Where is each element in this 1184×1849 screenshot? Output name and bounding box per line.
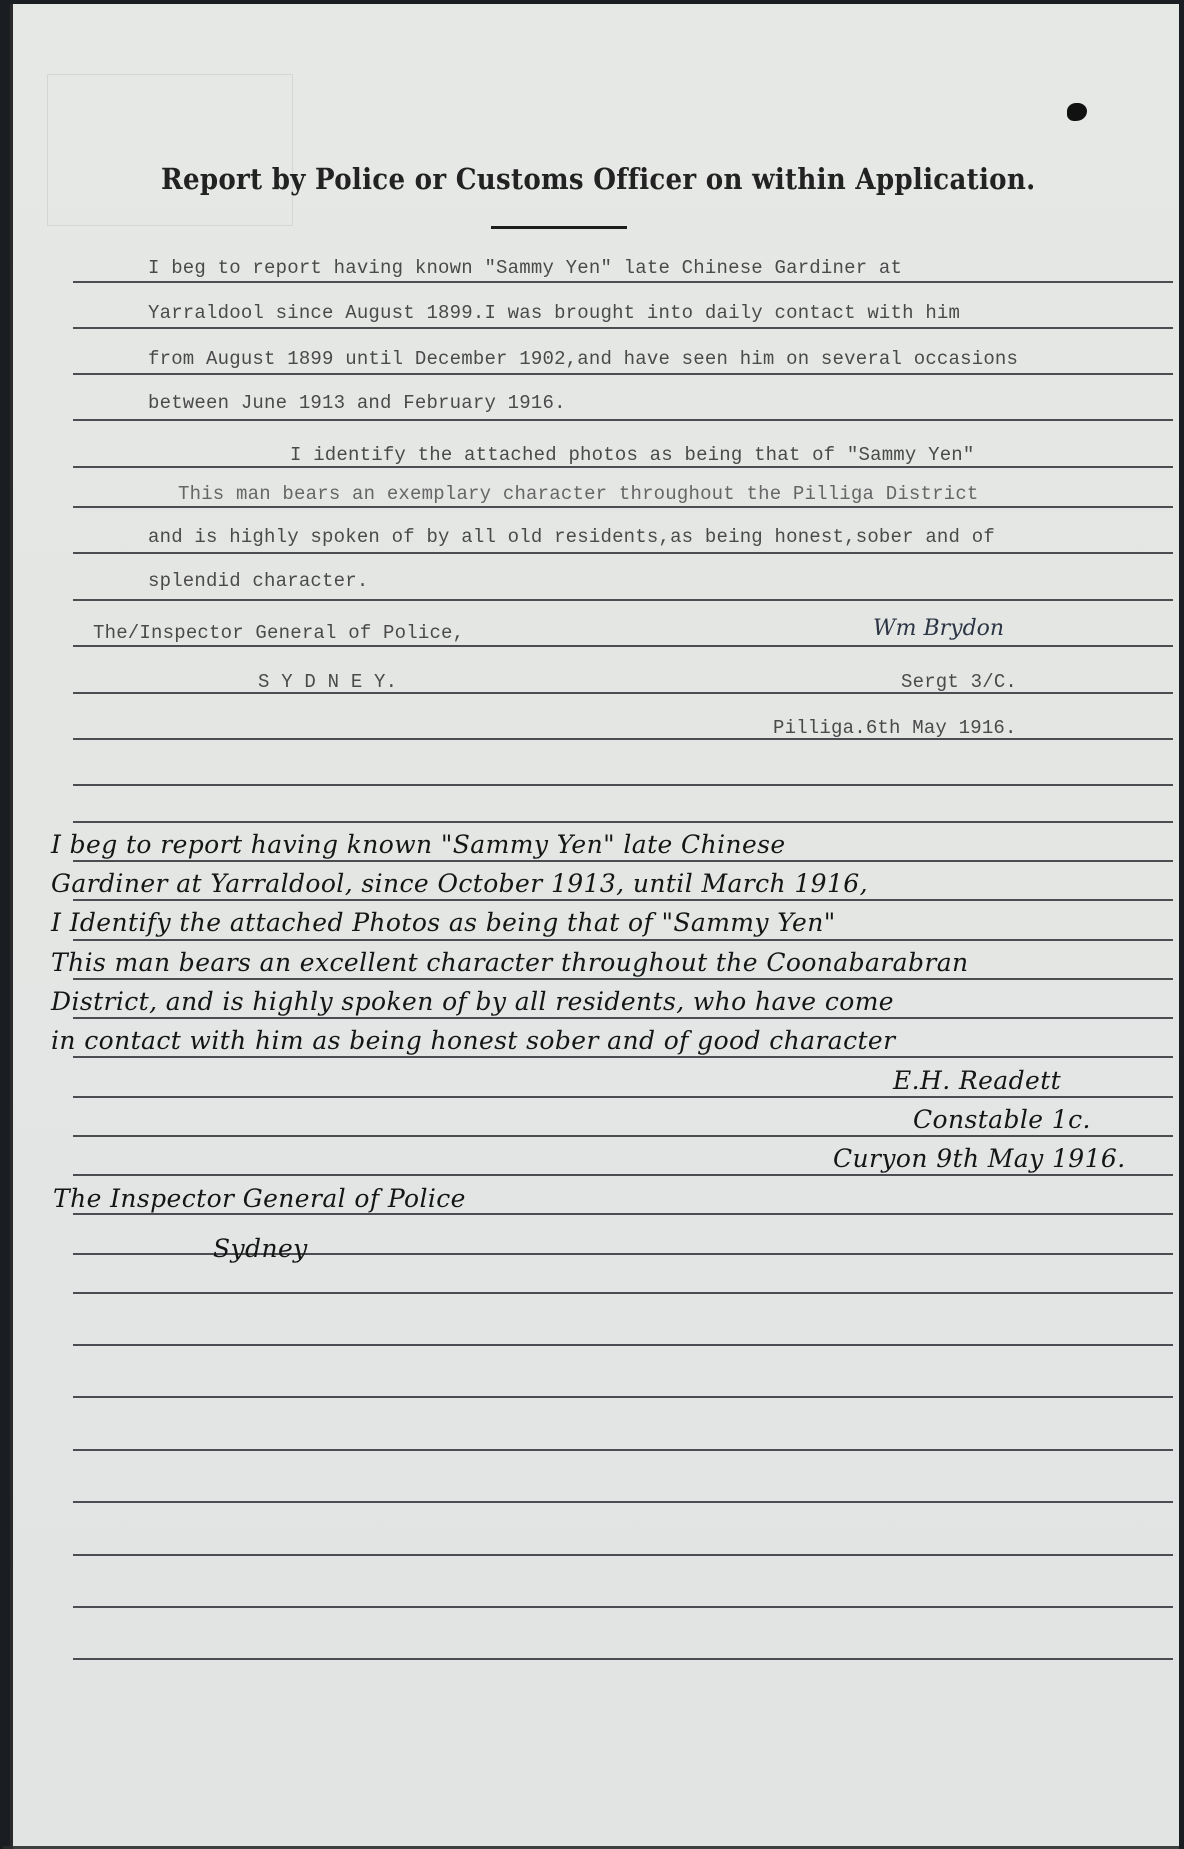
typed-place-date: Pilliga.6th May 1916. <box>773 717 1017 739</box>
handwritten-place-date: Curyon 9th May 1916. <box>833 1144 1126 1173</box>
rule <box>73 1658 1173 1660</box>
rule <box>73 860 1173 862</box>
typed-line: from August 1899 until December 1902,and… <box>148 348 1018 370</box>
rule <box>73 1056 1173 1058</box>
rule <box>73 645 1173 647</box>
handwritten-line: District, and is highly spoken of by all… <box>51 987 894 1016</box>
rule <box>73 1213 1173 1215</box>
rule <box>73 1135 1173 1137</box>
handwritten-line: in contact with him as being honest sobe… <box>51 1026 895 1055</box>
handwritten-line: I beg to report having known "Sammy Yen"… <box>51 830 786 859</box>
rule <box>73 978 1173 980</box>
punch-hole <box>1067 103 1087 121</box>
handwritten-addressee-city: Sydney <box>213 1234 308 1263</box>
typed-line: I beg to report having known "Sammy Yen"… <box>148 257 902 279</box>
rule <box>73 899 1173 901</box>
stamp-ghost <box>47 74 293 226</box>
handwritten-addressee: The Inspector General of Police <box>53 1184 466 1213</box>
rule <box>73 1017 1173 1019</box>
rule <box>73 1554 1173 1556</box>
rule <box>73 419 1173 421</box>
typed-addressee-city: S Y D N E Y. <box>258 671 397 693</box>
rule <box>73 1606 1173 1608</box>
typed-line: I identify the attached photos as being … <box>290 444 975 466</box>
title-underline <box>491 226 627 229</box>
rule <box>73 599 1173 601</box>
typed-line: between June 1913 and February 1916. <box>148 392 566 414</box>
rule <box>73 1501 1173 1503</box>
handwritten-line: I Identify the attached Photos as being … <box>51 908 836 937</box>
rule <box>73 1292 1173 1294</box>
page-title: Report by Police or Customs Officer on w… <box>161 162 1007 196</box>
rule <box>73 1449 1173 1451</box>
rule <box>73 821 1173 823</box>
document-page: Report by Police or Customs Officer on w… <box>10 4 1179 1849</box>
signature-brydon: Wm Brydon <box>873 616 1004 641</box>
rule <box>73 939 1173 941</box>
rule <box>73 1344 1173 1346</box>
rule <box>73 1396 1173 1398</box>
rule <box>73 784 1173 786</box>
rule <box>73 552 1173 554</box>
signature-readett: E.H. Readett <box>893 1066 1061 1095</box>
rule <box>73 327 1173 329</box>
rule <box>73 373 1173 375</box>
rule <box>73 281 1173 283</box>
typed-line: Yarraldool since August 1899.I was broug… <box>148 302 960 324</box>
handwritten-line: Gardiner at Yarraldool, since October 19… <box>51 869 868 898</box>
rule <box>73 506 1173 508</box>
handwritten-rank: Constable 1c. <box>913 1105 1091 1134</box>
typed-rank: Sergt 3/C. <box>901 671 1017 693</box>
rule <box>73 1096 1173 1098</box>
typed-line: splendid character. <box>148 570 368 592</box>
typed-line: This man bears an exemplary character th… <box>178 483 979 505</box>
typed-line: and is highly spoken of by all old resid… <box>148 526 995 548</box>
typed-addressee: The/Inspector General of Police, <box>93 622 464 644</box>
rule <box>73 466 1173 468</box>
rule <box>73 1174 1173 1176</box>
handwritten-line: This man bears an excellent character th… <box>51 948 969 977</box>
